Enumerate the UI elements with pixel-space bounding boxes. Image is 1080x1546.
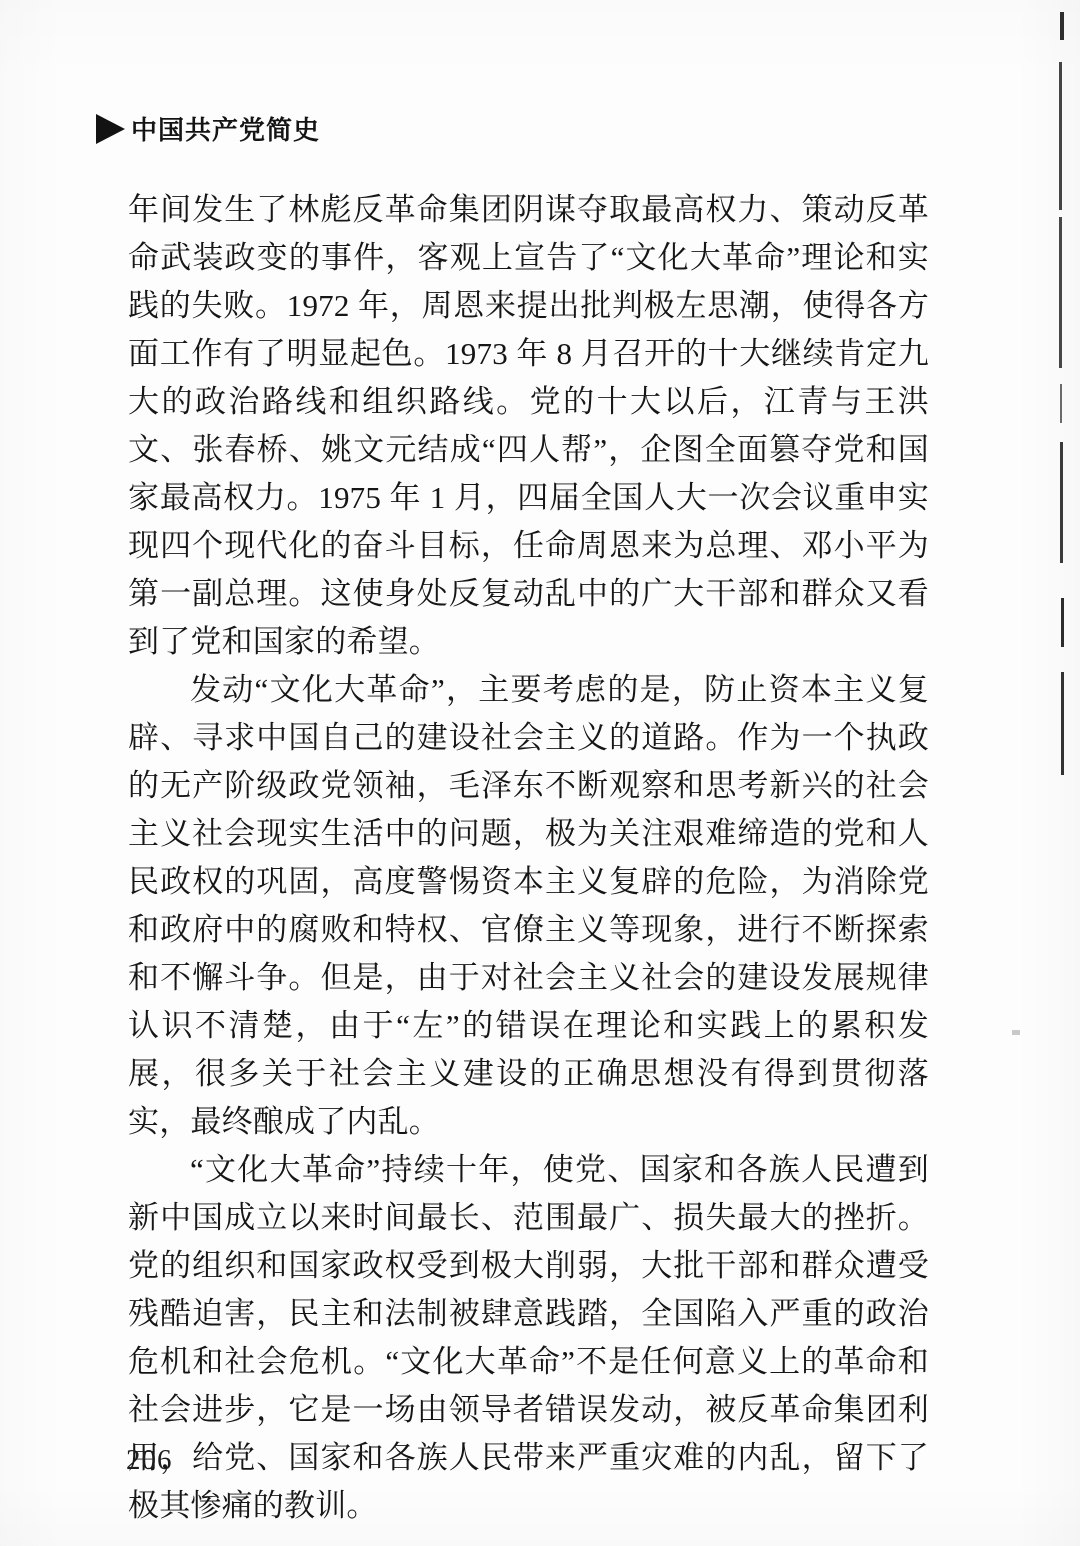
scan-artifact-speck	[1012, 1030, 1020, 1035]
triangle-marker-icon	[96, 114, 125, 144]
running-head: 中国共产党简史	[96, 110, 320, 147]
body-paragraph: “文化大革命”持续十年，使党、国家和各族人民遭到新中国成立以来时间最长、范围最广…	[128, 1146, 929, 1530]
scan-artifact-line	[1060, 12, 1064, 40]
scan-artifact-line	[1061, 598, 1064, 647]
page-number: 206	[126, 1444, 173, 1477]
body-paragraph: 年间发生了林彪反革命集团阴谋夺取最高权力、策动反革命武装政变的事件，客观上宣告了…	[128, 186, 929, 666]
body-paragraph: 发动“文化大革命”，主要考虑的是，防止资本主义复辟、寻求中国自己的建设社会主义的…	[128, 666, 929, 1146]
scan-artifact-line	[1060, 384, 1062, 423]
book-title: 中国共产党简史	[131, 110, 320, 147]
scan-artifact-line	[1060, 442, 1063, 563]
page-body: 年间发生了林彪反革命集团阴谋夺取最高权力、策动反革命武装政变的事件，客观上宣告了…	[128, 186, 929, 1530]
scan-artifact-line	[1059, 62, 1062, 210]
scan-artifact-line	[1059, 217, 1062, 368]
scanned-book-page: { "page": { "header": { "marker_icon": "…	[0, 0, 1080, 1546]
scan-artifact-line	[1061, 672, 1064, 775]
